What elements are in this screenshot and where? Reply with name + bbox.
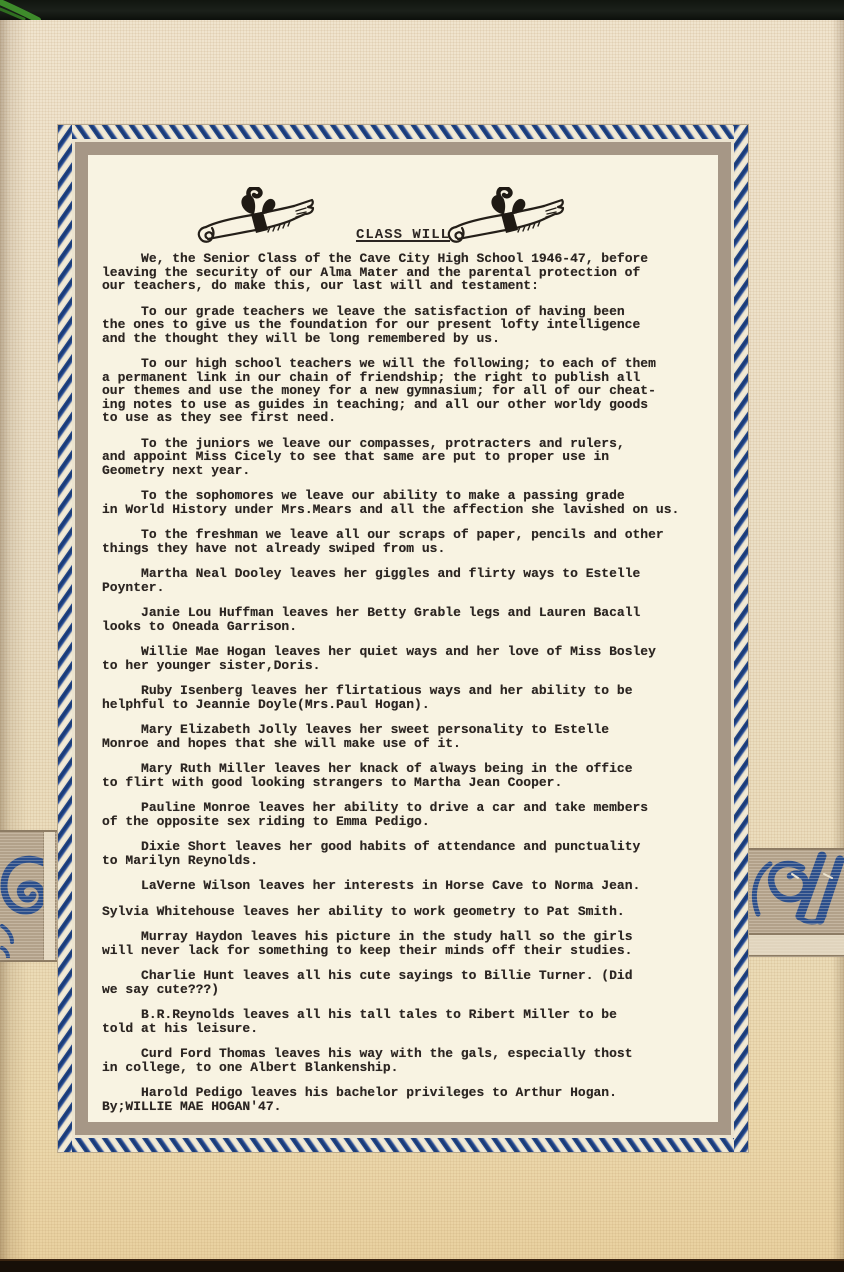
rope-border-top xyxy=(58,125,748,139)
paragraph: Martha Neal Dooley leaves her giggles an… xyxy=(102,567,708,594)
rope-border-left xyxy=(58,125,72,1152)
paragraph: To the sophomores we leave our ability t… xyxy=(102,489,708,516)
paragraph: To the juniors we leave our compasses, p… xyxy=(102,437,708,478)
paragraph: Ruby Isenberg leaves her flirtatious way… xyxy=(102,684,708,711)
blue-script-flourish-icon xyxy=(748,850,844,936)
paragraph: Pauline Monroe leaves her ability to dri… xyxy=(102,801,708,828)
paragraph: To the freshman we leave all our scraps … xyxy=(102,528,708,555)
band-light-strip xyxy=(748,933,844,957)
diploma-scroll-icon xyxy=(194,187,326,255)
scanned-yearbook-page: CLASS WILL We, the Senior Class of the C… xyxy=(0,0,844,1272)
photo-top-edge xyxy=(0,0,844,20)
right-decorative-band xyxy=(748,848,844,957)
will-text: We, the Senior Class of the Cave City Hi… xyxy=(102,252,708,1113)
paragraph: We, the Senior Class of the Cave City Hi… xyxy=(102,252,708,293)
paragraph: To our high school teachers we will the … xyxy=(102,357,708,425)
paragraph: LaVerne Wilson leaves her interests in H… xyxy=(102,879,708,893)
paragraph: To our grade teachers we leave the satis… xyxy=(102,305,708,346)
paragraph: Sylvia Whitehouse leaves her ability to … xyxy=(102,905,708,919)
paragraph: Curd Ford Thomas leaves his way with the… xyxy=(102,1047,708,1074)
paragraph: Harold Pedigo leaves his bachelor privil… xyxy=(102,1086,708,1113)
paragraph: Dixie Short leaves her good habits of at… xyxy=(102,840,708,867)
paragraph: Charlie Hunt leaves all his cute sayings… xyxy=(102,969,708,996)
rope-border-bottom xyxy=(58,1138,748,1152)
rope-border-right xyxy=(734,125,748,1152)
photo-bottom-edge xyxy=(0,1259,844,1272)
diploma-scroll-icon xyxy=(444,187,576,255)
paragraph: Willie Mae Hogan leaves her quiet ways a… xyxy=(102,645,708,672)
decorative-border-frame: CLASS WILL We, the Senior Class of the C… xyxy=(58,125,748,1152)
page-title: CLASS WILL xyxy=(88,227,718,243)
paragraph: Mary Elizabeth Jolly leaves her sweet pe… xyxy=(102,723,708,750)
paragraph: Mary Ruth Miller leaves her knack of alw… xyxy=(102,762,708,789)
paragraph: Murray Haydon leaves his picture in the … xyxy=(102,930,708,957)
paragraph: B.R.Reynolds leaves all his tall tales t… xyxy=(102,1008,708,1035)
band-light-strip xyxy=(43,832,56,960)
paragraph: Janie Lou Huffman leaves her Betty Grabl… xyxy=(102,606,708,633)
document-content: CLASS WILL We, the Senior Class of the C… xyxy=(88,155,718,1122)
left-decorative-band xyxy=(0,830,58,962)
